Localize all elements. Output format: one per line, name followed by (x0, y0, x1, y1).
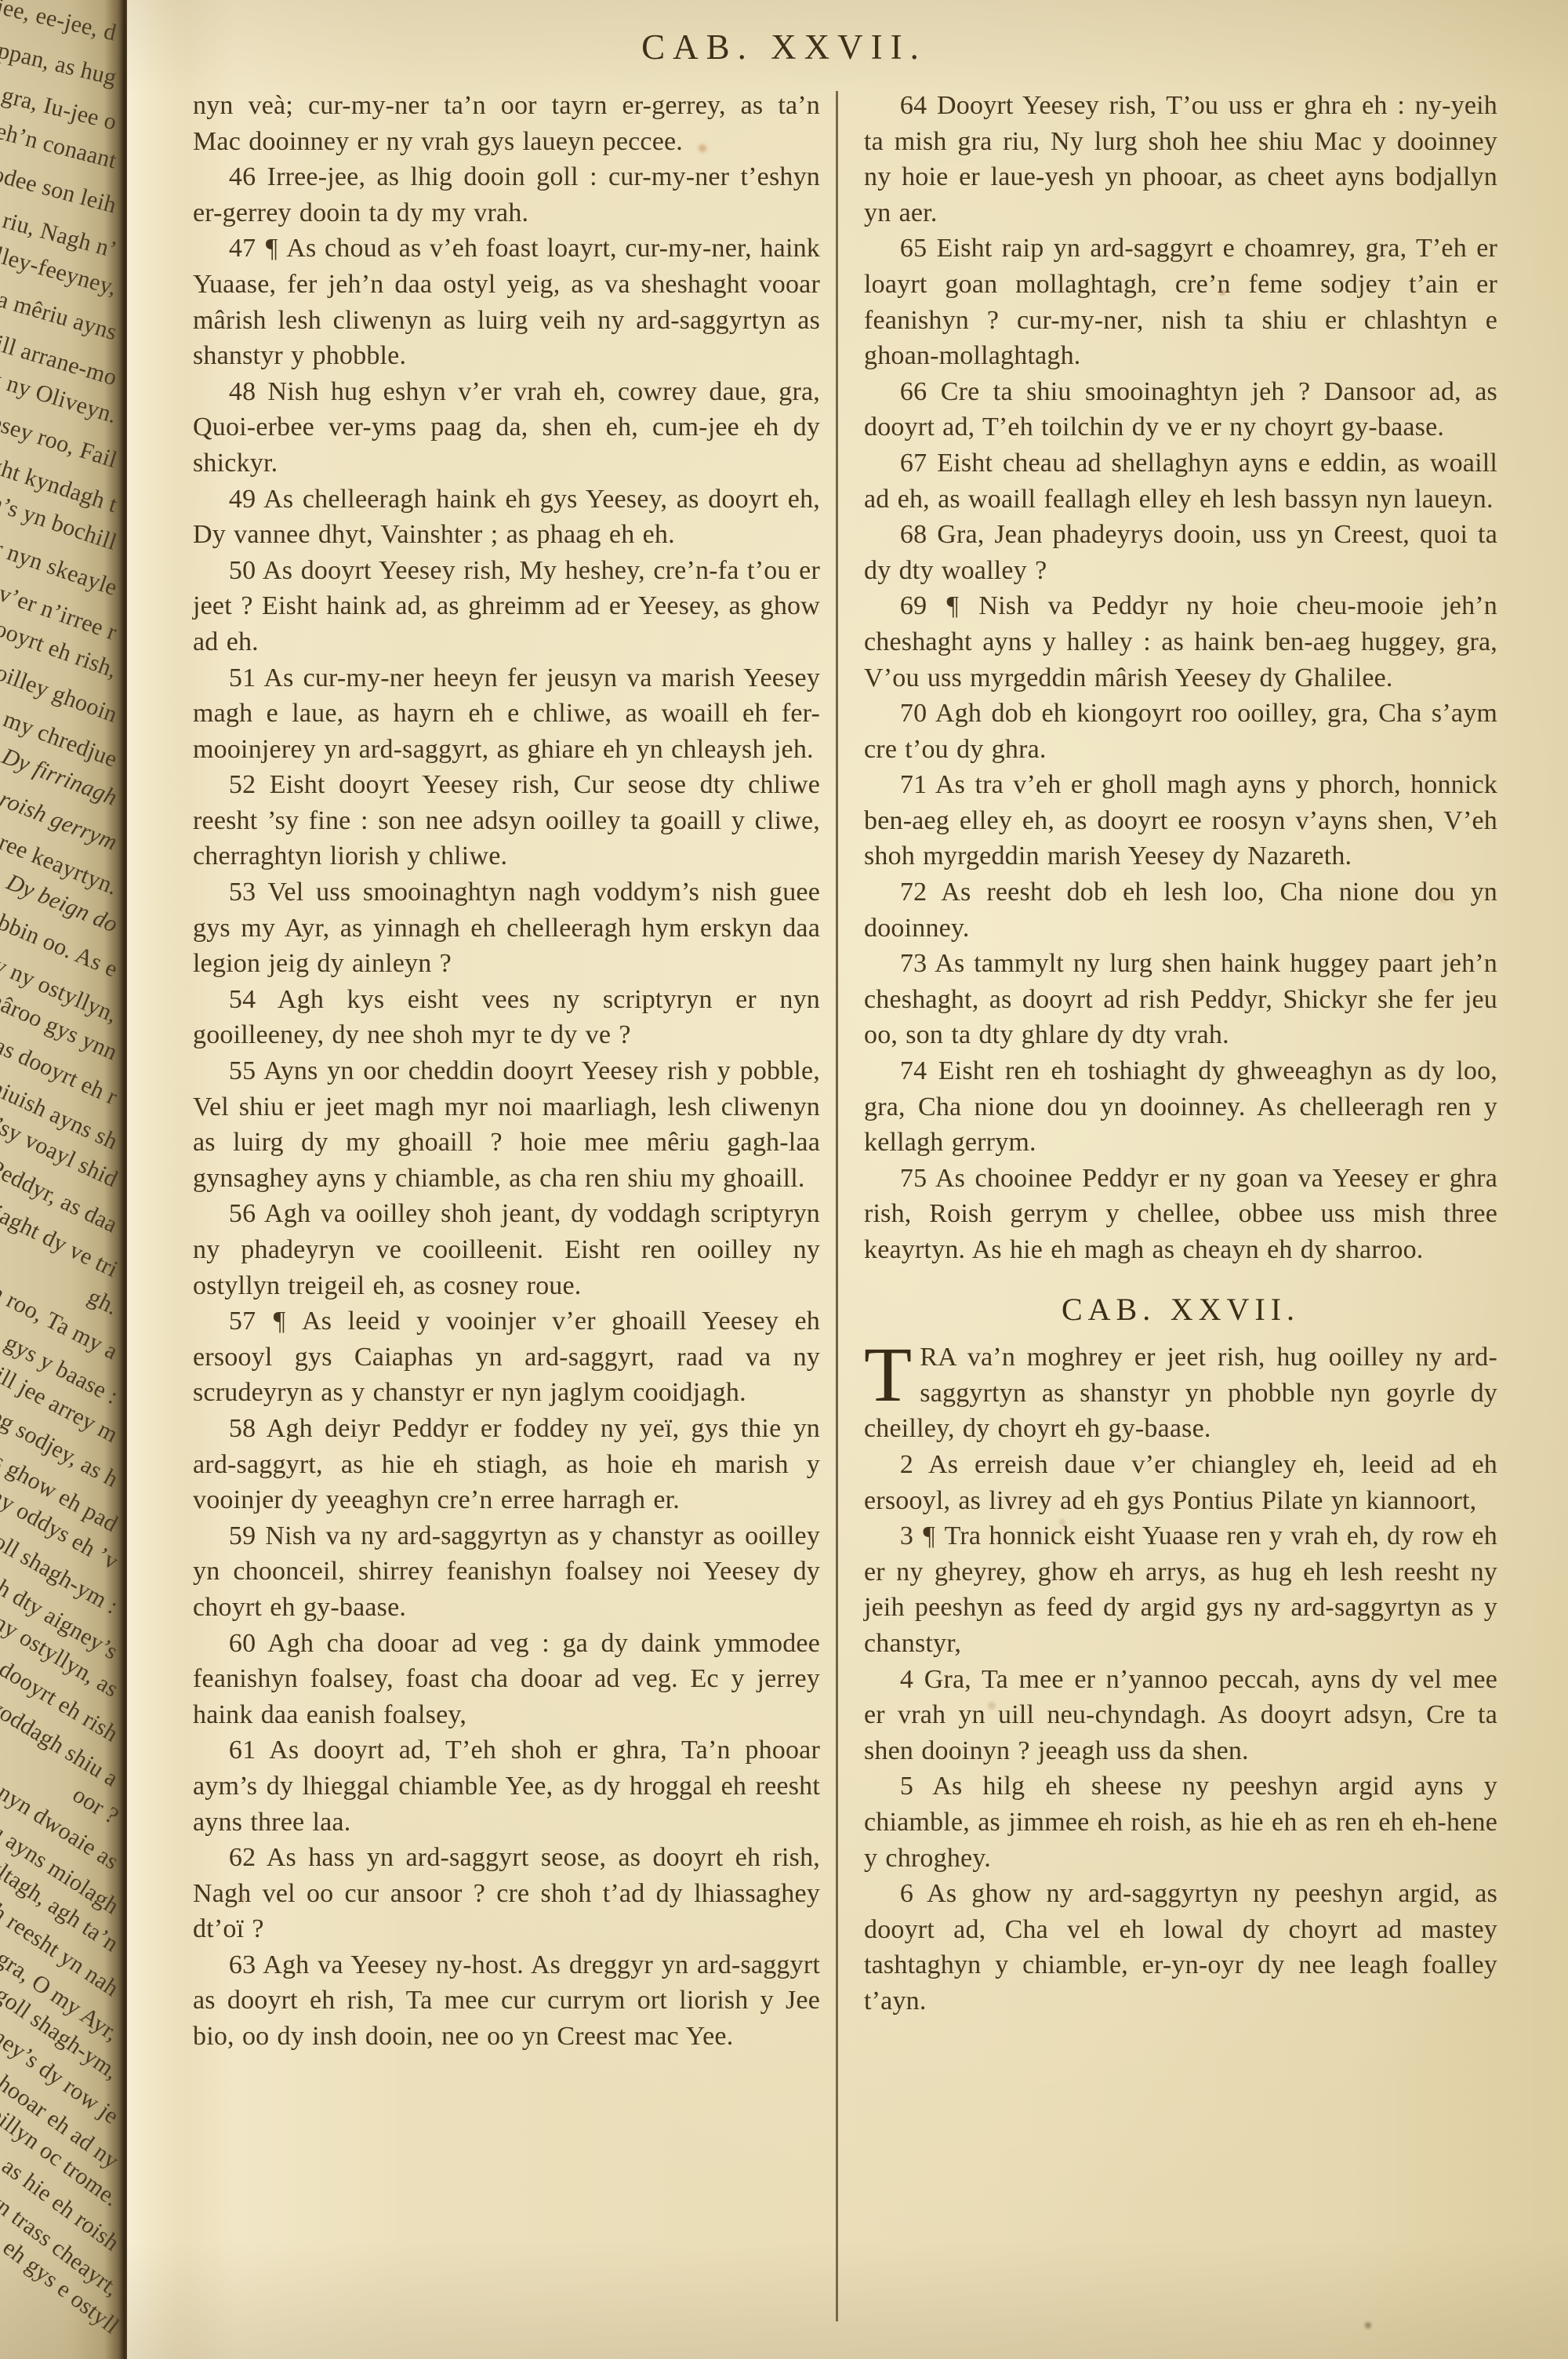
verse-71: 71 As tra v’eh er gholl magh ayns y phor… (864, 767, 1497, 874)
verse-number: 55 (229, 1056, 256, 1085)
verse-continuation: TRA va’n moghrey er jeet rish, hug ooill… (864, 1339, 1497, 1447)
verse-6: 6 As ghow ny ard-saggyrtyn ny peeshyn ar… (864, 1876, 1497, 2019)
verse-69: 69 ¶ Nish va Peddyr ny hoie cheu-mooie j… (864, 588, 1497, 696)
verse-47: 47 ¶ As choud as v’eh foast loayrt, cur-… (193, 231, 820, 373)
verse-70: 70 Agh dob eh kiongoyrt roo ooilley, gra… (864, 696, 1497, 767)
verse-number: 46 (229, 162, 256, 191)
verse-51: 51 As cur-my-ner heeyn fer jeusyn va mar… (193, 660, 820, 768)
verse-number: 69 (900, 591, 927, 620)
verse-65: 65 Eisht raip yn ard-saggyrt e choamrey,… (864, 231, 1497, 373)
verse-number: 70 (900, 699, 927, 728)
verse-73: 73 As tammylt ny lurg shen haink huggey … (864, 946, 1497, 1053)
verse-number: 61 (229, 1736, 256, 1765)
pilcrow-mark: ¶ (272, 1307, 288, 1336)
verse-number: 4 (900, 1665, 913, 1694)
verse-number: 2 (900, 1450, 913, 1479)
verse-66: 66 Cre ta shiu smooinaghtyn jeh ? Dansoo… (864, 374, 1497, 445)
gutter-highlight (127, 0, 190, 2359)
verse-number: 5 (900, 1772, 913, 1801)
verse-49: 49 As chelleeragh haink eh gys Yeesey, a… (193, 482, 820, 553)
verse-64: 64 Dooyrt Yeesey rish, T’ou uss er ghra … (864, 88, 1497, 231)
verse-number: 47 (229, 234, 256, 263)
running-head: CAB. XXVII. (0, 27, 1568, 67)
verse-number: 67 (900, 449, 927, 478)
verse-number: 66 (900, 377, 927, 406)
verse-number: 74 (900, 1056, 927, 1085)
verse-number: 6 (900, 1879, 913, 1908)
verse-72: 72 As reesht dob eh lesh loo, Cha nione … (864, 874, 1497, 946)
verse-number: 75 (900, 1164, 927, 1193)
verse-number: 63 (229, 1950, 256, 1979)
verse-number: 58 (229, 1414, 256, 1443)
verse-48: 48 Nish hug eshyn v’er vrah eh, cowrey d… (193, 374, 820, 482)
verse-number: 49 (229, 485, 256, 514)
verse-50: 50 As dooyrt Yeesey rish, My heshey, cre… (193, 553, 820, 660)
verse-5: 5 As hilg eh sheese ny peeshyn argid ayn… (864, 1768, 1497, 1876)
right-text-column: 64 Dooyrt Yeesey rish, T’ou uss er ghra … (864, 88, 1497, 2019)
verse-continuation: nyn veà; cur-my-ner ta’n oor tayrn er-ge… (193, 88, 820, 159)
verse-number: 68 (900, 520, 927, 549)
verse-3: 3 ¶ Tra honnick eisht Yuaase ren y vrah … (864, 1518, 1497, 1661)
verse-number: 48 (229, 377, 256, 406)
verse-52: 52 Eisht dooyrt Yeesey rish, Cur seose d… (193, 767, 820, 874)
verse-number: 3 (900, 1521, 913, 1550)
verse-61: 61 As dooyrt ad, T’eh shoh er ghra, Ta’n… (193, 1732, 820, 1840)
verse-46: 46 Irree-jee, as lhig dooin goll : cur-m… (193, 159, 820, 231)
verse-number: 64 (900, 91, 927, 120)
verse-2: 2 As erreish daue v’er chiangley eh, lee… (864, 1447, 1497, 1518)
verse-number: 62 (229, 1843, 256, 1872)
verse-75: 75 As chooinee Peddyr er ny goan va Yees… (864, 1161, 1497, 1268)
verse-number: 56 (229, 1199, 256, 1228)
verse-number: 71 (900, 770, 927, 799)
verse-number: 54 (229, 985, 256, 1014)
verse-number: 59 (229, 1521, 256, 1550)
verse-57: 57 ¶ As leeid y vooinjer v’er ghoaill Ye… (193, 1303, 820, 1411)
verse-68: 68 Gra, Jean phadeyrys dooin, uss yn Cre… (864, 517, 1497, 588)
verse-63: 63 Agh va Yeesey ny-host. As dreggyr yn … (193, 1947, 820, 2055)
verse-number: 52 (229, 770, 256, 799)
verse-number: 60 (229, 1629, 256, 1658)
verse-number: 72 (900, 878, 927, 907)
verse-number: 51 (229, 663, 256, 692)
verse-59: 59 Nish va ny ard-saggyrtyn as y chansty… (193, 1518, 820, 1626)
verse-62: 62 As hass yn ard-saggyrt seose, as dooy… (193, 1840, 820, 1947)
verse-4: 4 Gra, Ta mee er n’yannoo peccah, ayns d… (864, 1662, 1497, 1769)
facing-page-text-fragment: gh. (83, 1284, 122, 1321)
verse-55: 55 Ayns yn oor cheddin dooyrt Yeesey ris… (193, 1053, 820, 1196)
pilcrow-mark: ¶ (946, 591, 961, 620)
facing-page-edge: ra, Gow-jee, ee-jee, dyn cappan, as hugd… (0, 0, 127, 2359)
verse-74: 74 Eisht ren eh toshiaght dy ghweeaghyn … (864, 1053, 1497, 1161)
book-page: ra, Gow-jee, ee-jee, dyn cappan, as hugd… (0, 0, 1568, 2359)
verse-60: 60 Agh cha dooar ad veg : ga dy daink ym… (193, 1626, 820, 1733)
verse-number: 53 (229, 878, 256, 907)
verse-53: 53 Vel uss smooinaghtyn nagh voddym’s ni… (193, 874, 820, 982)
verse-67: 67 Eisht cheau ad shellaghyn ayns e eddi… (864, 445, 1497, 517)
verse-58: 58 Agh deiyr Peddyr er foddey ny yeï, gy… (193, 1411, 820, 1518)
verse-number: 73 (900, 949, 927, 978)
left-text-column: nyn veà; cur-my-ner ta’n oor tayrn er-ge… (193, 88, 820, 2055)
column-divider-rule (836, 91, 838, 2321)
pilcrow-mark: ¶ (264, 234, 280, 263)
verse-56: 56 Agh va ooilley shoh jeant, dy voddagh… (193, 1196, 820, 1303)
drop-cap: T (864, 1339, 920, 1405)
verse-number: 65 (900, 234, 927, 263)
chapter-heading: CAB. XXVII. (864, 1292, 1497, 1328)
verse-number: 57 (229, 1307, 256, 1336)
verse-number: 50 (229, 556, 256, 585)
pilcrow-mark: ¶ (921, 1521, 937, 1550)
verse-54: 54 Agh kys eisht vees ny scriptyryn er n… (193, 982, 820, 1053)
